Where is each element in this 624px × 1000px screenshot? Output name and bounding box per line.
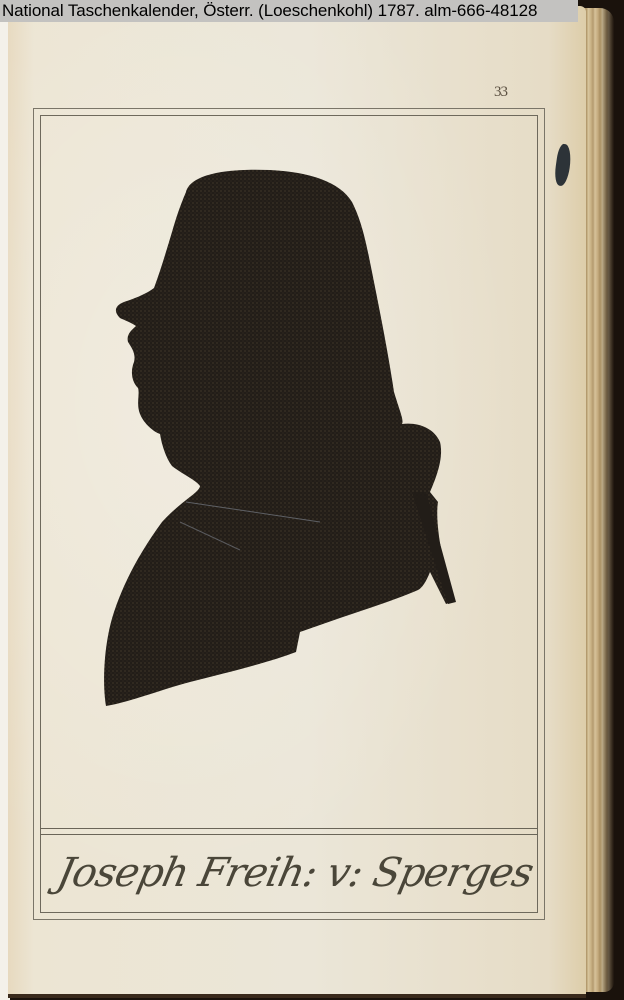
image-caption-bar: National Taschenkalender, Österr. (Loesc…	[0, 0, 578, 22]
caption-divider-rule	[40, 828, 538, 835]
silhouette-portrait	[100, 162, 460, 712]
page-number: 33	[494, 84, 524, 101]
scanned-book-photo: 33 Joseph Freih: v: Sperges National Tas…	[0, 0, 624, 1000]
book-shadow	[600, 0, 624, 1000]
portrait-inscription: Joseph Freih: v: Sperges	[45, 838, 546, 908]
silhouette-figure	[104, 170, 452, 706]
